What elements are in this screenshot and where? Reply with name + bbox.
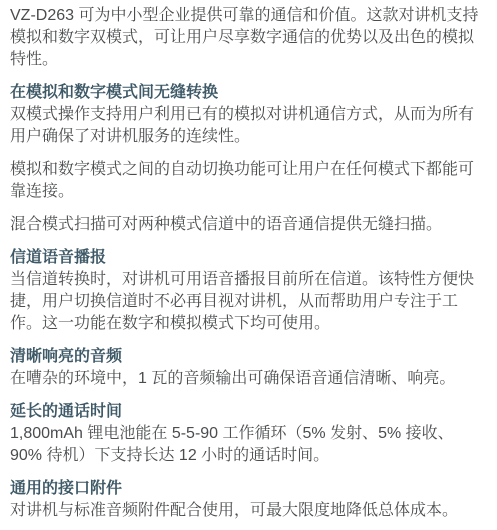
section-paragraph: 混合模式扫描可对两种模式信道中的语音通信提供无缝扫描。 (10, 214, 480, 236)
intro-paragraph: VZ-D263 可为中小型企业提供可靠的通信和价值。这款对讲机支持模拟和数字双模… (10, 5, 480, 71)
section-heading-dual-mode: 在模拟和数字模式间无缝转换 (10, 82, 480, 104)
section-accessory-interface: 通用的接口附件 对讲机与标准音频附件配合使用，可最大限度地降低总体成本。 (10, 478, 480, 522)
section-audio: 清晰响亮的音频 在嘈杂的环境中，1 瓦的音频输出可确保语音通信清晰、响亮。 (10, 346, 480, 390)
product-description-page: { "page": { "background_color": "#ffffff… (0, 0, 497, 530)
section-paragraph: 1,800mAh 锂电池能在 5-5-90 工作循环（5% 发射、5% 接收、9… (10, 423, 480, 467)
section-paragraph: 当信道转换时，对讲机可用语音播报目前所在信道。该特性方便快捷，用户切换信道时不必… (10, 269, 480, 335)
section-talk-time: 延长的通话时间 1,800mAh 锂电池能在 5-5-90 工作循环（5% 发射… (10, 401, 480, 467)
section-heading-audio: 清晰响亮的音频 (10, 346, 480, 368)
section-paragraph: 模拟和数字模式之间的自动切换功能可让用户在任何模式下都能可靠连接。 (10, 159, 480, 203)
product-description-content: VZ-D263 可为中小型企业提供可靠的通信和价值。这款对讲机支持模拟和数字双模… (10, 5, 480, 522)
section-voice-announce: 信道语音播报 当信道转换时，对讲机可用语音播报目前所在信道。该特性方便快捷，用户… (10, 247, 480, 335)
section-heading-talk-time: 延长的通话时间 (10, 401, 480, 423)
section-dual-mode: 在模拟和数字模式间无缝转换 双模式操作支持用户利用已有的模拟对讲机通信方式，从而… (10, 82, 480, 236)
section-paragraph: 在嘈杂的环境中，1 瓦的音频输出可确保语音通信清晰、响亮。 (10, 368, 480, 390)
section-paragraph: 双模式操作支持用户利用已有的模拟对讲机通信方式，从而为所有用户确保了对讲机服务的… (10, 104, 480, 148)
section-heading-voice-announce: 信道语音播报 (10, 247, 480, 269)
section-heading-accessory-interface: 通用的接口附件 (10, 478, 480, 500)
section-paragraph: 对讲机与标准音频附件配合使用，可最大限度地降低总体成本。 (10, 500, 480, 522)
